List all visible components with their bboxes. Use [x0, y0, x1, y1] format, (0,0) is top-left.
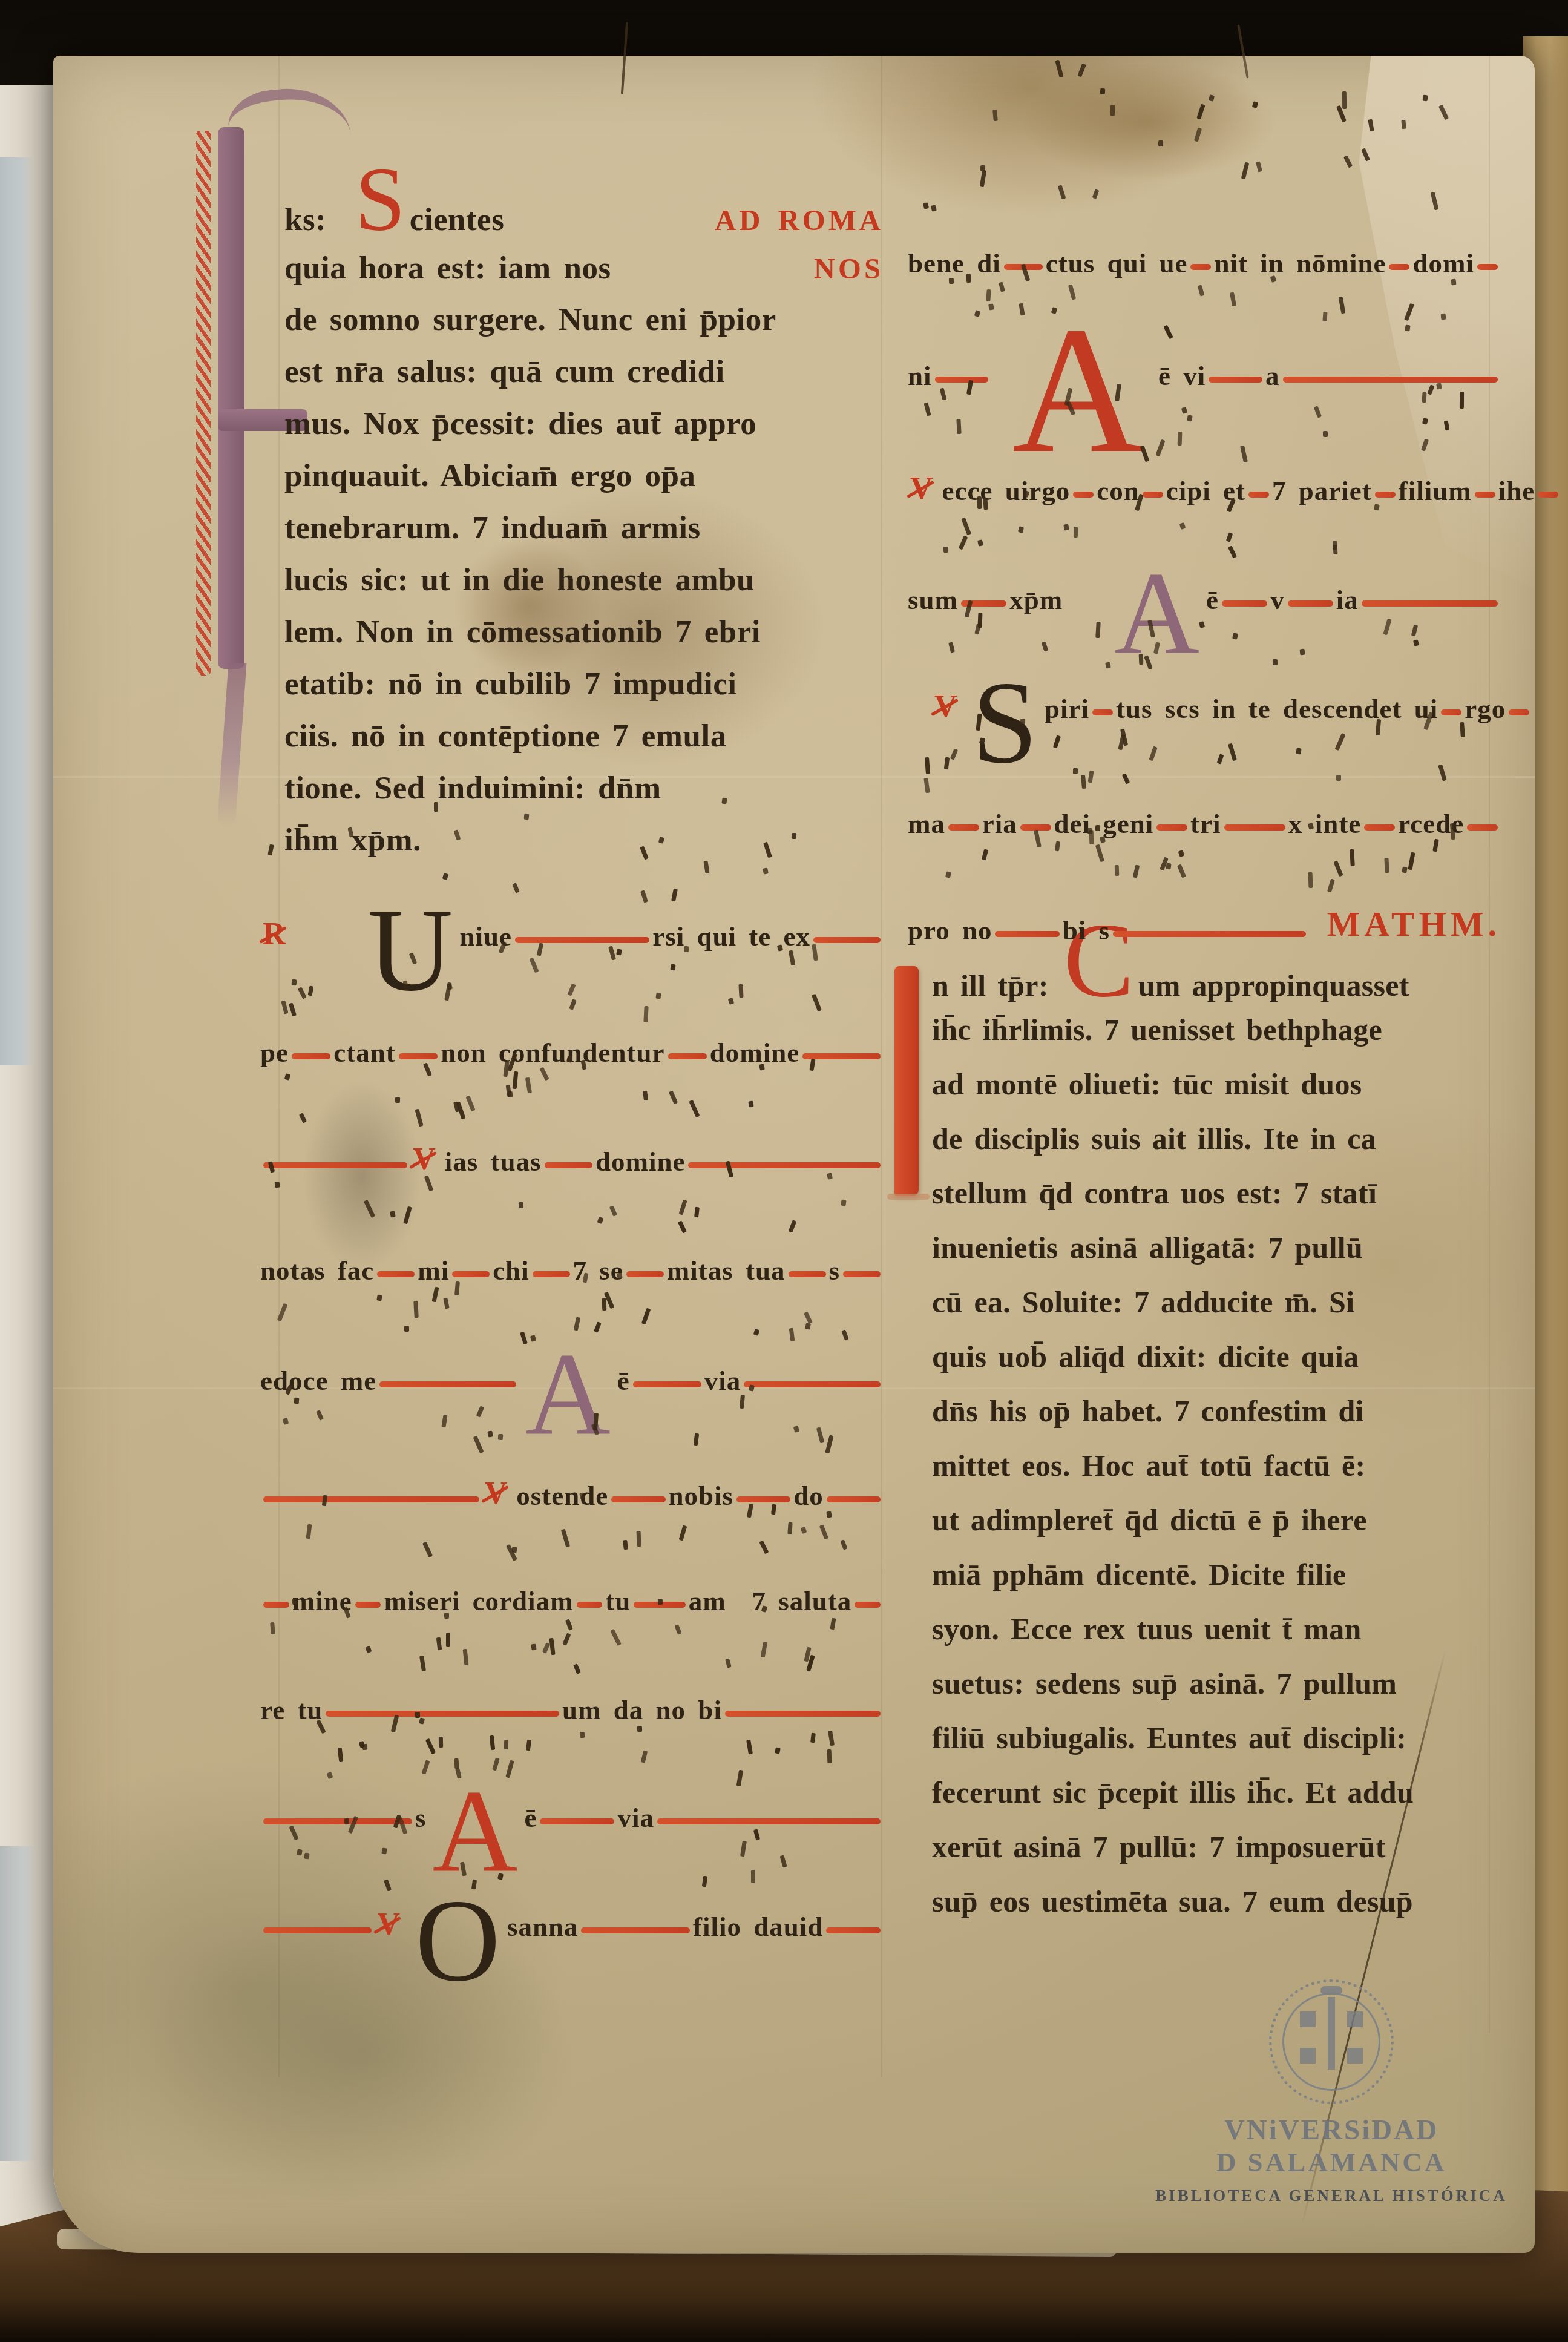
red-extender-line [577, 1602, 603, 1608]
chant-text: sup̄ eos uestimēta sua. 7 eum desup̄ [932, 1886, 1413, 1916]
chant-text: filiū subiugalis. Euntes aut̄ discipli: [932, 1723, 1406, 1753]
seal-crown [1320, 1986, 1342, 1995]
chant-text: con [1097, 478, 1140, 505]
versicle-mark: V [910, 473, 934, 505]
red-extender-line [399, 1053, 438, 1059]
chant-text: rgo [1465, 696, 1506, 723]
chant-text: dn̄s his op̄ habet. 7 confestim di [932, 1396, 1364, 1426]
epistle-line: ih̄m xp̄m. [284, 824, 884, 877]
red-extender-line [1248, 492, 1269, 498]
chant-text: ē vi [1158, 363, 1206, 390]
red-extender-line [1362, 600, 1498, 607]
red-extender-line [379, 1381, 516, 1387]
red-extender-line [1224, 824, 1286, 831]
chant-text: ad montē oliueti: tūc misit duos [932, 1069, 1362, 1099]
chant-text: 7 pariet [1272, 478, 1372, 505]
seal-detail [1347, 2048, 1363, 2064]
chant-text: pinquauit. Abiciam̄ ergo op̄a [284, 460, 695, 492]
chant-text: um da no bi [562, 1697, 722, 1724]
seal-detail [1300, 2011, 1316, 2027]
red-extender-line [1156, 824, 1187, 831]
gospel-line: fecerunt sic p̄cepit illis ih̄c. Et addu [932, 1777, 1501, 1832]
university-seal-icon [1269, 1979, 1394, 2104]
gospel-line: ut adimpleret̄ q̄d dictū ē p̄ ihere [932, 1505, 1501, 1559]
chant-text: tenebrarum. 7 induam̄ armis [284, 512, 701, 544]
chant-text: ctus qui ue [1046, 250, 1188, 277]
chant-text: ostende [516, 1482, 608, 1510]
red-extender-line [1209, 377, 1262, 383]
seal-detail [1300, 2048, 1316, 2064]
epistle-line: ks: ScientesAD ROMA [284, 200, 884, 252]
chant-text: ih̄m xp̄m. [284, 824, 421, 857]
chant-text: ē [1206, 587, 1219, 614]
chant-text: am [689, 1588, 726, 1615]
chant-text: ias tuas [445, 1148, 542, 1176]
chant-text: inuenietis asinā alligatā: 7 pullū [932, 1232, 1363, 1263]
red-extender-line [326, 1711, 559, 1717]
versicle-slash [259, 926, 287, 944]
versicle-slash [374, 1916, 402, 1934]
gospel-line: filiū subiugalis. Euntes aut̄ discipli: [932, 1723, 1501, 1777]
chant-line: sumxp̄mAēvia [908, 576, 1501, 614]
chant-text: ciis. nō in contēptione 7 emula [284, 720, 727, 752]
chant-text: rsi qui te ex [652, 923, 810, 950]
versicle-mark: R [263, 919, 286, 950]
chant-text: filio dauid [693, 1913, 823, 1941]
chant-line: sAēvia [260, 1794, 884, 1832]
stamp-line-1: VNiVERSiDAD [1138, 2114, 1525, 2146]
versicle-mark: V [485, 1478, 508, 1510]
chant-text: xerūt asinā 7 pullū: 7 imposuerūt [932, 1832, 1386, 1862]
red-extender-line [688, 1162, 881, 1168]
red-extender-line [855, 1602, 881, 1608]
chant-text: ia [1336, 587, 1359, 614]
red-extender-line [355, 1602, 381, 1608]
chant-text: lucis sic: ut in die honeste ambu [284, 564, 755, 596]
chant-text: ē [524, 1804, 537, 1832]
initial-foot [887, 1194, 930, 1200]
chant-line: RUniuersi qui te ex [260, 913, 884, 950]
gospel-line: xerūt asinā 7 pullū: 7 imposuerūt [932, 1832, 1501, 1886]
chant-text: domine [710, 1039, 800, 1067]
red-extender-line [263, 1927, 372, 1933]
red-extender-line [377, 1271, 415, 1277]
chant-text: s [829, 1257, 841, 1284]
chant-text: domine [595, 1148, 686, 1176]
epistle-line: etatib: nō in cubilib 7 impudici [284, 668, 884, 720]
chant-text: n ill tp̄r: [932, 970, 1060, 1001]
chant-text: 7 saluta [752, 1588, 852, 1615]
red-extender-line [633, 1381, 701, 1387]
chant-text: mittet eos. Hoc aut̄ totū factū ē: [932, 1450, 1366, 1481]
chant-text: cientes [410, 204, 505, 236]
red-extender-line [1222, 600, 1267, 607]
epistle-line: de somno surgere. Nunc eni p̄pior [284, 304, 884, 356]
chant-text: filium [1399, 478, 1472, 505]
gospel-line: inuenietis asinā alligatā: 7 pullū [932, 1232, 1501, 1287]
rubric-label: MATHM. [1327, 904, 1501, 944]
red-extender-line [545, 1162, 592, 1168]
red-extender-line [533, 1271, 570, 1277]
seal-detail [1347, 2011, 1363, 2027]
chant-text: tione. Sed induimini: dn̄m [284, 772, 661, 804]
epistle-line: quia hora est: iam nosNOS [284, 252, 884, 304]
chant-line: pectantnon confundenturdomine [260, 1029, 884, 1067]
chant-text: cū ea. Soluite: 7 adducite m̄. Si [932, 1287, 1354, 1317]
chant-text: via [617, 1804, 654, 1832]
chant-text: chi [493, 1257, 530, 1284]
red-extender-line [668, 1053, 707, 1059]
red-extender-line [1004, 264, 1043, 270]
red-extender-line [292, 1053, 330, 1059]
red-extender-line [1190, 264, 1211, 270]
red-extender-line [1283, 377, 1498, 383]
chant-line: minemiseri cordiamtuam7 saluta [260, 1577, 884, 1615]
chant-line: notas facmichi7 semitas tuas [260, 1247, 884, 1284]
chant-text: est nr̄a salus: quā cum credidi [284, 356, 725, 388]
under-page-corner [1335, 56, 1535, 588]
chant-text: re tu [260, 1697, 323, 1724]
versicle-slash [481, 1485, 509, 1503]
epistle-line: lucis sic: ut in die honeste ambu [284, 564, 884, 616]
red-extender-line [634, 1602, 685, 1608]
gospel-initial-I [894, 966, 919, 1196]
chant-text: v [1270, 587, 1285, 614]
epistle-text-block: ks: ScientesAD ROMAquia hora est: iam no… [284, 200, 884, 877]
chant-text: um appropinquasset [1138, 970, 1409, 1001]
chant-text: ria [982, 811, 1017, 838]
chant-text: non confundentur [441, 1039, 664, 1067]
chant-line: Vecce uirgoconcipi et7 parietfiliumihe [908, 467, 1501, 505]
chant-text: cipi et [1166, 478, 1245, 505]
interleaf-tissue-blue [0, 157, 33, 1065]
chant-text: de disciplis suis ait illis. Ite in ca [932, 1123, 1376, 1154]
gospel-line: cū ea. Soluite: 7 adducite m̄. Si [932, 1287, 1501, 1341]
red-extender-line [826, 1927, 881, 1933]
chant-text: ma [908, 811, 945, 838]
chant-text: 7 se [573, 1257, 623, 1284]
red-extender-line [802, 1053, 881, 1059]
chant-line: re tuum da no bi [260, 1686, 884, 1724]
red-extender-line [935, 377, 989, 383]
epistle-line: est nr̄a salus: quā cum credidi [284, 356, 884, 408]
chant-text: tus scs in te descendet ui [1116, 696, 1438, 723]
chant-text: quis uob̄ aliq̄d dixit: dicite quia [932, 1341, 1359, 1372]
chant-text: etatib: nō in cubilib 7 impudici [284, 668, 737, 700]
chant-text: fecerunt sic p̄cepit illis ih̄c. Et addu [932, 1777, 1414, 1807]
red-extender-line [789, 1271, 826, 1277]
chant-text: miseri cordiam [384, 1588, 573, 1615]
gospel-line: suetus: sedens sup̄ asinā. 7 pullum [932, 1668, 1501, 1723]
initial-stem [218, 127, 244, 669]
chant-text: do [793, 1482, 824, 1510]
chant-text: bene di [908, 250, 1001, 277]
chant-text: notas fac [260, 1257, 374, 1284]
chant-text: xp̄m [1009, 587, 1063, 614]
chant-text: mi [418, 1257, 449, 1284]
chant-text: miā pphām dicentē. Dicite filie [932, 1559, 1347, 1590]
chant-text: lem. Non in cōmessationib 7 ebri [284, 616, 761, 648]
epistle-line: lem. Non in cōmessationib 7 ebri [284, 616, 884, 668]
chant-text: ks: [284, 204, 352, 236]
red-extender-line [263, 1162, 407, 1168]
chant-text: mine [292, 1588, 352, 1615]
chant-text: tu [605, 1588, 631, 1615]
chant-line: VSpiritus scs in te descendet uirgo [908, 685, 1501, 723]
red-extender-line [827, 1496, 881, 1502]
red-extender-line [263, 1602, 289, 1608]
rubric-label: AD ROMA [715, 203, 884, 237]
chant-text: domi [1412, 250, 1474, 277]
versicle-slash [907, 481, 934, 498]
chant-text: mus. Nox p̄cessit: dies aut̄ appro [284, 408, 756, 440]
epistle-line: ciis. nō in contēptione 7 emula [284, 720, 884, 772]
chant-text: niue [459, 923, 512, 950]
chant-text: tri [1190, 811, 1221, 838]
gospel-line: syon. Ecce rex tuus uenit t̄ man [932, 1614, 1501, 1668]
chant-text: ni [908, 363, 932, 390]
chant-line: Vias tuasdomine [260, 1138, 884, 1176]
red-extender-line [1143, 492, 1163, 498]
gospel-line: mittet eos. Hoc aut̄ totū factū ē: [932, 1450, 1501, 1505]
initial-red-filigree [196, 131, 211, 676]
red-extender-line [843, 1271, 881, 1277]
library-watermark: VNiVERSiDAD D SALAMANCA BIBLIOTECA GENER… [1138, 1979, 1525, 2205]
chant-line: VOsannafilio dauid [260, 1903, 884, 1941]
red-extender-line [1538, 492, 1558, 498]
red-extender-line [1288, 600, 1333, 607]
epistle-line: tione. Sed induimini: dn̄m [284, 772, 884, 824]
red-extender-line [1389, 264, 1409, 270]
chant-text: ecce uirgo [942, 478, 1071, 505]
red-extender-line [540, 1818, 614, 1824]
interleaf-tissue-blue-bottom [0, 1846, 36, 2161]
chant-text: ctant [333, 1039, 395, 1067]
red-extender-line [1467, 824, 1498, 831]
chant-text: suetus: sedens sup̄ asinā. 7 pullum [932, 1668, 1397, 1699]
red-extender-line [961, 600, 1006, 607]
red-extender-line [1475, 492, 1495, 498]
red-extender-line [725, 1711, 881, 1717]
chant-text: ih̄c ih̄rlimis. 7 uenisset bethphage [932, 1015, 1382, 1045]
chant-line: bene dictus qui uenit in nōminedomi [908, 240, 1501, 277]
red-extender-line [263, 1496, 479, 1502]
red-extender-line [1364, 824, 1395, 831]
chant-text: ut adimpleret̄ q̄d dictū ē p̄ ihere [932, 1505, 1367, 1535]
stamp-line-3: BIBLIOTECA GENERAL HISTÓRICA [1138, 2186, 1525, 2205]
red-extender-line [1441, 709, 1461, 715]
chant-line: edoce meAēvia [260, 1357, 884, 1395]
chant-text: sanna [507, 1913, 579, 1941]
gospel-line: sup̄ eos uestimēta sua. 7 eum desup̄ [932, 1886, 1501, 1941]
chant-text: pro no [908, 917, 992, 944]
gospel-line: de disciplis suis ait illis. Ite in ca [932, 1123, 1501, 1178]
chant-text: ē [617, 1367, 630, 1395]
chant-text: de somno surgere. Nunc eni p̄pior [284, 304, 776, 336]
gospel-line: quis uob̄ aliq̄d dixit: dicite quia [932, 1341, 1501, 1396]
gospel-line: stellum q̄d contra uos est: 7 statī [932, 1178, 1501, 1232]
versicle-slash [931, 699, 959, 716]
chant-text: syon. Ecce rex tuus uenit t̄ man [932, 1614, 1362, 1644]
red-extender-line [657, 1818, 881, 1824]
stamp-line-2: D SALAMANCA [1138, 2146, 1525, 2178]
chant-text: ihe [1498, 478, 1535, 505]
epistle-line: mus. Nox p̄cessit: dies aut̄ appro [284, 408, 884, 460]
chant-text: nit in nōmine [1214, 250, 1386, 277]
chant-text: rcede [1398, 811, 1464, 838]
chant-line: niAē via [908, 352, 1501, 390]
gospel-line: n ill tp̄r: Cum appropinquasset [932, 960, 1501, 1015]
red-extender-line [1020, 824, 1051, 831]
chant-text: quia hora est: iam nos [284, 252, 611, 285]
stain [979, 44, 1318, 201]
epistle-line: pinquauit. Abiciam̄ ergo op̄a [284, 460, 884, 512]
seal-detail [1328, 1997, 1335, 2070]
gospel-line: ad montē oliueti: tūc misit duos [932, 1069, 1501, 1123]
chant-text: via [704, 1367, 741, 1395]
red-extender-line [744, 1381, 881, 1387]
chant-text: edoce me [260, 1367, 376, 1395]
gospel-line: ih̄c ih̄rlimis. 7 uenisset bethphage [932, 1015, 1501, 1069]
red-extender-line [995, 931, 1059, 937]
chant-line: pro nobi sMATHM. [908, 907, 1501, 944]
versicle-slash [409, 1151, 437, 1169]
chant-text: mitas tua [667, 1257, 786, 1284]
red-extender-line [515, 937, 649, 943]
red-extender-line [1477, 264, 1498, 270]
red-extender-line [1073, 492, 1094, 498]
chant-text: sum [908, 587, 958, 614]
manuscript-photo: { "stamp": { "seal_icon": "university-of… [0, 0, 1568, 2342]
red-extender-line [1113, 931, 1306, 937]
versicle-mark: V [413, 1144, 436, 1176]
gospel-line: dn̄s his op̄ habet. 7 confestim di [932, 1396, 1501, 1450]
versicle-mark: V [934, 691, 958, 723]
epistle-line: tenebrarum. 7 induam̄ armis [284, 512, 884, 564]
red-extender-line [1375, 492, 1396, 498]
red-extender-line [813, 937, 881, 943]
chant-text: piri [1045, 696, 1089, 723]
red-extender-line [263, 1818, 412, 1824]
red-extender-line [626, 1271, 664, 1277]
chant-line: mariadei genitrix intercede [908, 800, 1501, 838]
red-extender-line [611, 1496, 665, 1502]
chant-text: pe [260, 1039, 289, 1067]
chant-text: s [415, 1804, 427, 1832]
gospel-text-block: n ill tp̄r: Cum appropinquassetih̄c ih̄r… [932, 960, 1501, 1941]
chant-text: bi s [1063, 917, 1110, 944]
red-extender-line [948, 824, 979, 831]
red-extender-line [736, 1496, 790, 1502]
red-extender-line [581, 1927, 689, 1933]
chant-text: a [1265, 363, 1280, 390]
rubric-label: NOS [814, 252, 884, 286]
versicle-mark: V [377, 1909, 401, 1941]
chant-text: x inte [1288, 811, 1361, 838]
chant-text: stellum q̄d contra uos est: 7 statī [932, 1178, 1377, 1208]
gospel-line: miā pphām dicentē. Dicite filie [932, 1559, 1501, 1614]
chant-text: nobis [669, 1482, 734, 1510]
chant-text: dei geni [1054, 811, 1154, 838]
red-extender-line [1092, 709, 1113, 715]
red-extender-line [452, 1271, 490, 1277]
chant-line: Vostendenobisdo [260, 1472, 884, 1510]
red-extender-line [1509, 709, 1529, 715]
